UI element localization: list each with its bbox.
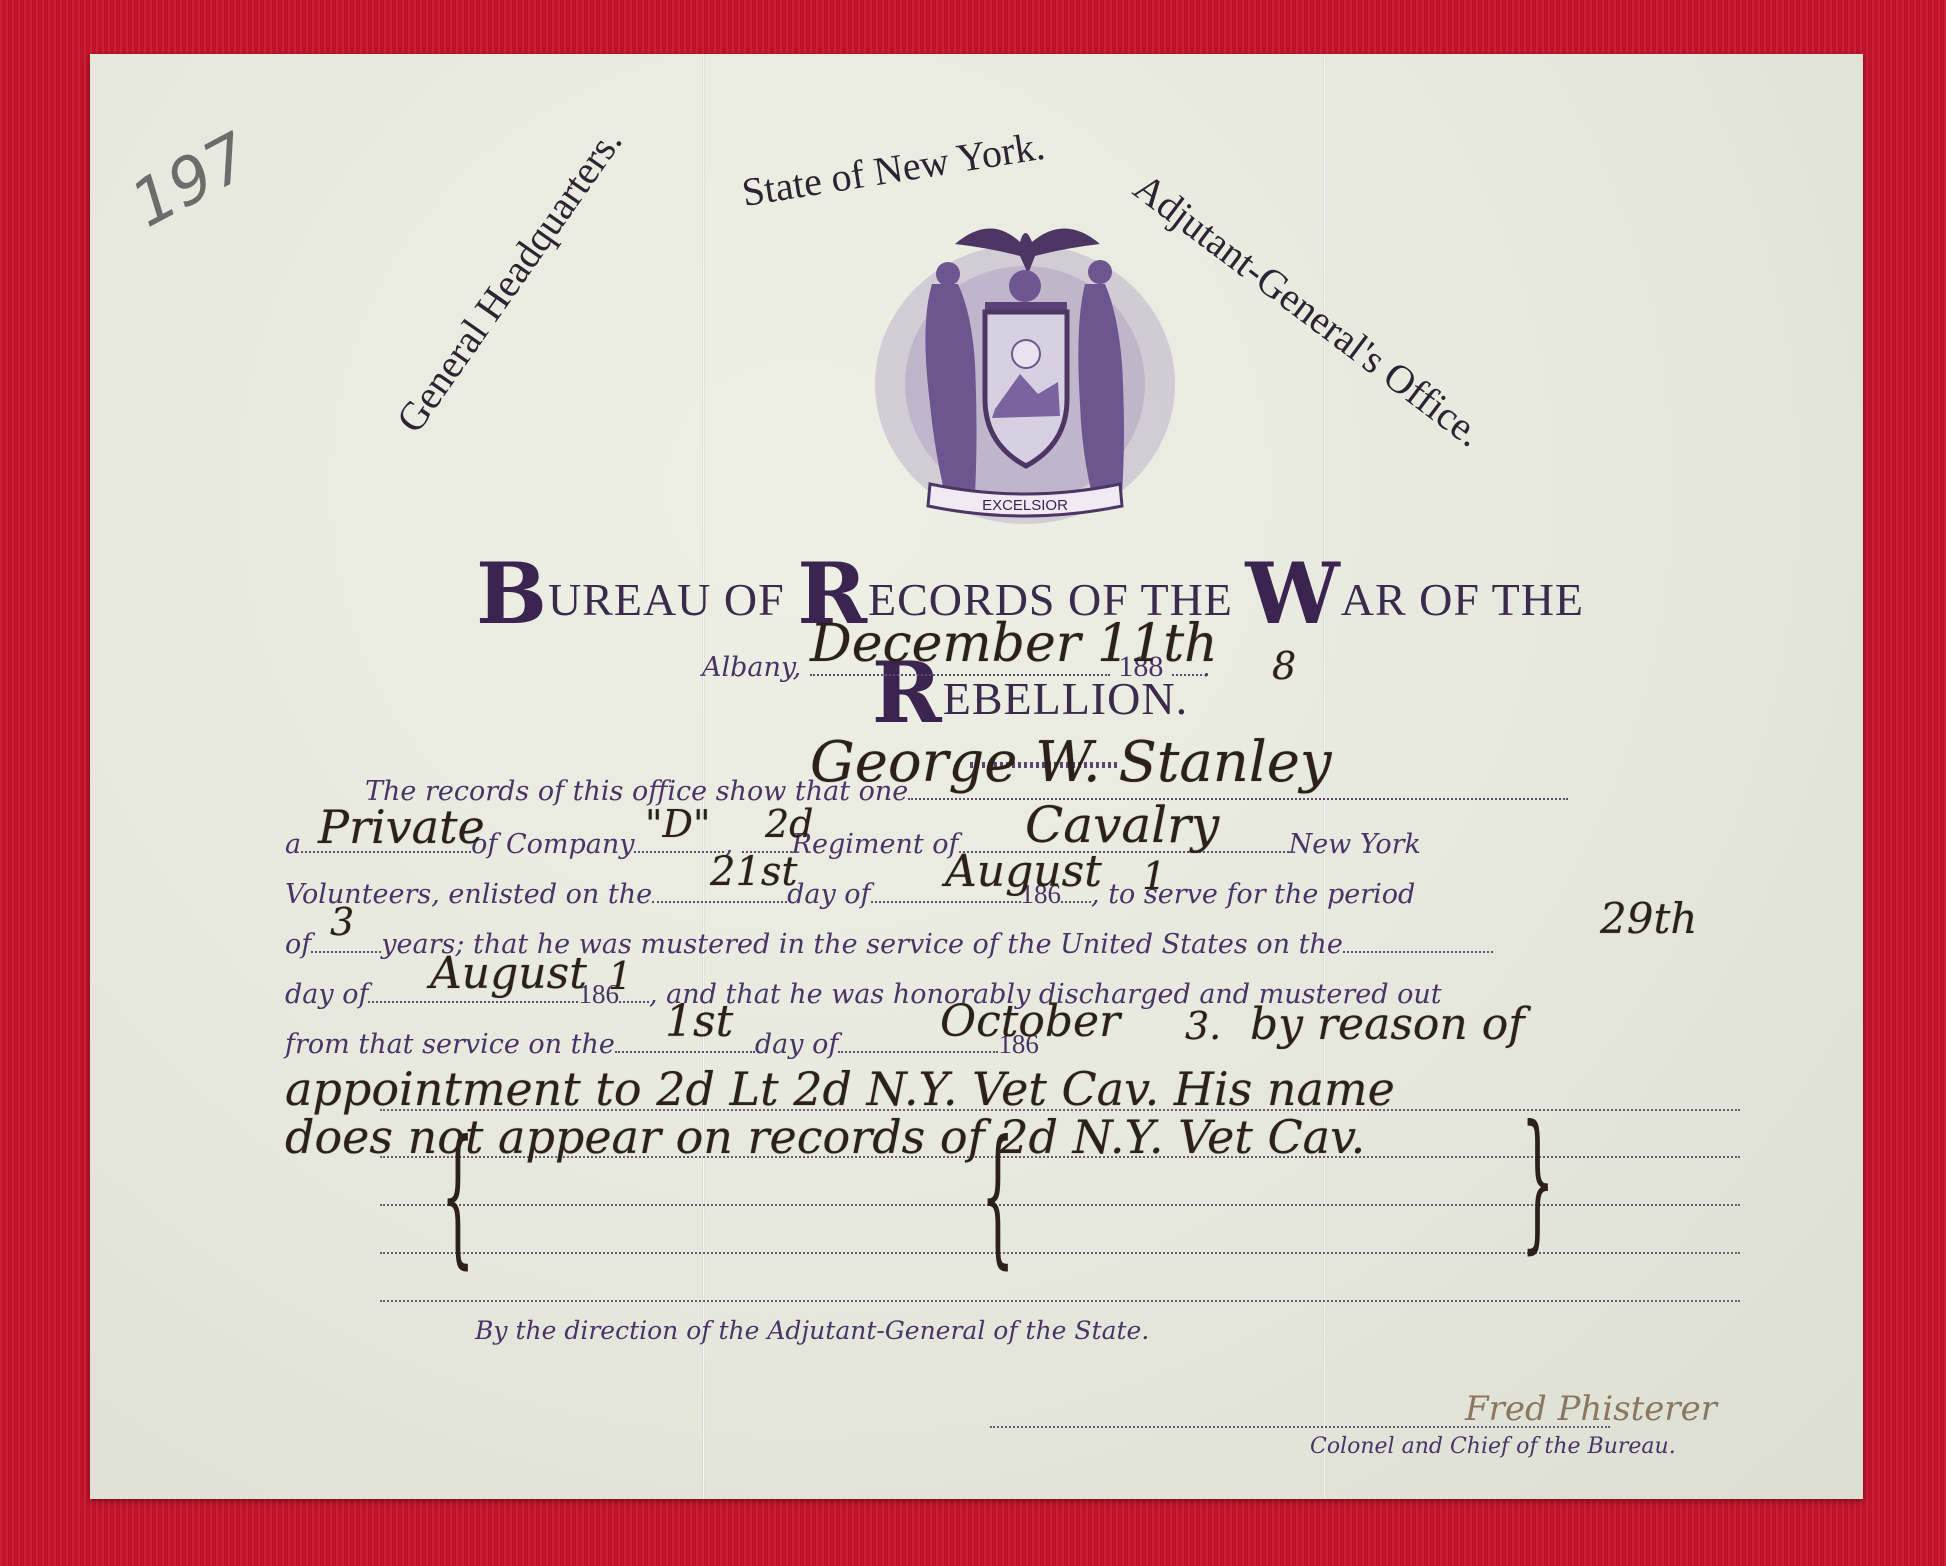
handwritten-discharge-year: 3. [1185,1004,1221,1048]
soldier-name: George W. Stanley [810,730,1332,795]
ink-bracket-right: } [1521,1094,1554,1268]
dateline-place: Albany, [702,652,801,683]
handwritten-remark-2: appointment to 2d Lt 2d N.Y. Vet Cav. Hi… [285,1062,1395,1116]
handwritten-remark-1: by reason of [1250,999,1524,1050]
pencil-annotation: 197 [120,120,263,243]
handwritten-discharge-month: October [940,996,1120,1047]
header-state-of-new-york: State of New York. [739,122,1048,216]
handwritten-date: December 11th [810,614,1218,674]
body-line-6: from that service on theday of186 [285,1029,1039,1060]
body-line-3: Volunteers, enlisted on theday of186, to… [285,879,1415,910]
new-york-state-seal: EXCELSIOR [860,204,1190,539]
handwritten-muster-month: August [430,948,587,999]
ink-bracket-middle: { [981,1109,1014,1283]
handwritten-enlist-day: 21st [710,849,798,895]
handwritten-service-years: 3 [330,900,354,944]
header-general-headquarters: General Headquarters. [386,119,631,441]
ruled-line-5 [380,1300,1740,1302]
handwritten-year-digit: 8 [1272,644,1296,688]
certificate-paper: 197 General Headquarters. State of New Y… [90,54,1863,1499]
handwritten-rank: Private [318,800,485,854]
handwritten-muster-day: 29th [1600,894,1697,943]
signatory-title: Colonel and Chief of the Bureau. [1310,1434,1676,1459]
direction-line: By the direction of the Adjutant-General… [475,1316,1149,1345]
handwritten-muster-year-digit: 1 [608,954,632,998]
signature: Fred Phisterer [1465,1389,1717,1429]
handwritten-discharge-day: 1st [665,996,733,1047]
handwritten-regiment-number: 2d [765,802,814,846]
handwritten-enlist-year-digit: 1 [1142,854,1166,898]
svg-text:EXCELSIOR: EXCELSIOR [982,497,1068,514]
handwritten-company: "D" [645,802,710,846]
coat-of-arms-icon: EXCELSIOR [860,204,1190,539]
handwritten-enlist-month: August [945,846,1102,897]
ink-bracket-left: { [441,1109,474,1283]
